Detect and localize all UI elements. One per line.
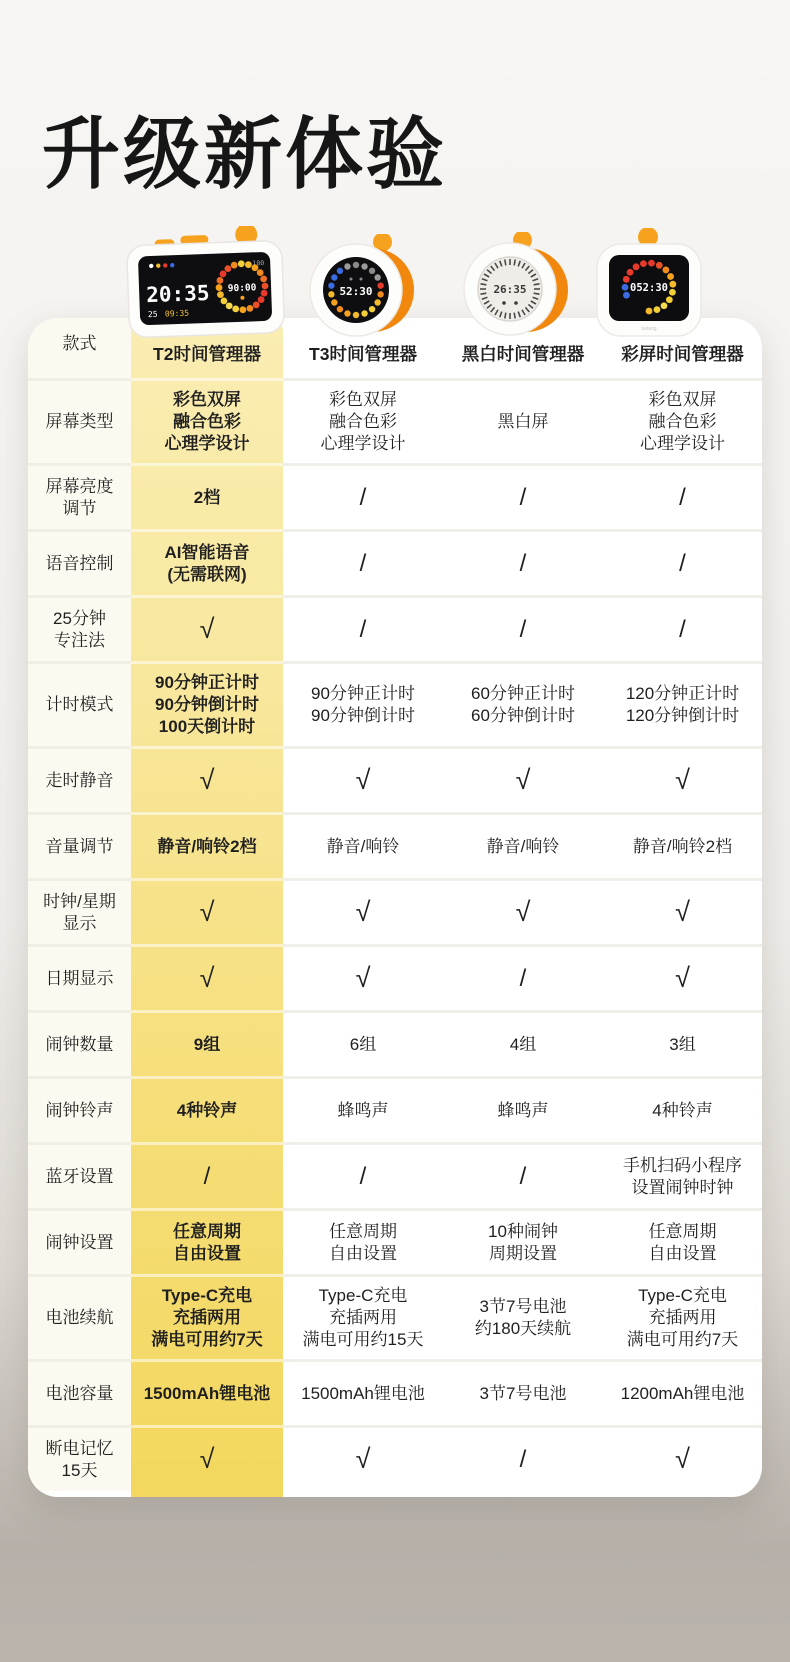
cell-bw: / [443,1142,603,1208]
cell-t3: 静音/响铃 [283,812,443,878]
cell-bw: 3节7号电池 [443,1359,603,1425]
cell-t3: Type-C充电 充插两用 满电可用约15天 [283,1274,443,1359]
cell-t3: / [283,529,443,595]
cell-t3: √ [283,746,443,812]
comparison-table: 款式 T2时间管理器 T3时间管理器 黑白时间管理器 彩屏时间管理器 屏幕类型 … [28,318,762,1497]
cell-t2: 1500mAh锂电池 [131,1359,283,1425]
cell-color: √ [603,944,762,1010]
cell-color: 4种铃声 [603,1076,762,1142]
cell-bw: / [443,944,603,1010]
cell-t2: √ [131,595,283,661]
cell-t3: 彩色双屏 融合色彩 心理学设计 [283,378,443,463]
t3-timer-text: 52:30 [339,285,372,298]
comparison-card: 款式 T2时间管理器 T3时间管理器 黑白时间管理器 彩屏时间管理器 屏幕类型 … [28,318,762,1497]
cell-t2: √ [131,746,283,812]
row-label: 闹钟设置 [28,1208,131,1274]
row-label: 时钟/星期 显示 [28,878,131,944]
bw-timer-text: 26:35 [493,283,526,296]
cell-t2: 静音/响铃2档 [131,812,283,878]
product-images: 100 20:35 25 09:35 90:00 52:30 [0,0,790,360]
cell-bw: 黑白屏 [443,378,603,463]
product-image-t2: 100 20:35 25 09:35 90:00 [122,226,292,338]
cell-color: Type-C充电 充插两用 满电可用约7天 [603,1274,762,1359]
cell-bw: √ [443,746,603,812]
row-label: 闹钟数量 [28,1010,131,1076]
cell-bw: 4组 [443,1010,603,1076]
cell-bw: 静音/响铃 [443,812,603,878]
t2-time-text: 20:35 [146,281,210,307]
cell-t3: / [283,463,443,529]
row-label: 走时静音 [28,746,131,812]
cell-t2: √ [131,878,283,944]
cell-t2: / [131,1142,283,1208]
row-label: 音量调节 [28,812,131,878]
cell-t3: 6组 [283,1010,443,1076]
cell-t2: 2档 [131,463,283,529]
cell-t2: 9组 [131,1010,283,1076]
cell-t3: √ [283,1425,443,1491]
cell-t2: 4种铃声 [131,1076,283,1142]
cell-t2: 任意周期 自由设置 [131,1208,283,1274]
cell-color: / [603,463,762,529]
color-timer-text: 052:30 [630,282,668,294]
row-label: 日期显示 [28,944,131,1010]
product-image-t3: 52:30 [306,234,421,338]
row-label: 断电记忆 15天 [28,1425,131,1491]
row-label: 语音控制 [28,529,131,595]
cell-bw: / [443,463,603,529]
cell-color: 3组 [603,1010,762,1076]
row-label: 闹钟铃声 [28,1076,131,1142]
cell-t3: 90分钟正计时 90分钟倒计时 [283,661,443,746]
cell-bw: √ [443,878,603,944]
cell-t3: 1500mAh锂电池 [283,1359,443,1425]
cell-t3: √ [283,878,443,944]
cell-bw: / [443,1425,603,1491]
cell-t3: 任意周期 自由设置 [283,1208,443,1274]
cell-t3: / [283,1142,443,1208]
cell-bw: 蜂鸣声 [443,1076,603,1142]
row-label: 计时模式 [28,661,131,746]
cell-t2: √ [131,1425,283,1491]
cell-color: 静音/响铃2档 [603,812,762,878]
cell-color: 1200mAh锂电池 [603,1359,762,1425]
product-image-color: 052:30 beiang [592,228,707,338]
row-label: 25分钟 专注法 [28,595,131,661]
cell-bw: 60分钟正计时 60分钟倒计时 [443,661,603,746]
cell-t2: AI智能语音 (无需联网) [131,529,283,595]
cell-t2: Type-C充电 充插两用 满电可用约7天 [131,1274,283,1359]
row-label: 电池续航 [28,1274,131,1359]
cell-bw: 3节7号电池 约180天续航 [443,1274,603,1359]
cell-color: / [603,595,762,661]
row-label: 屏幕亮度 调节 [28,463,131,529]
t2-alarm-text: 09:35 [165,309,190,319]
cell-color: 120分钟正计时 120分钟倒计时 [603,661,762,746]
t2-date-text: 25 [148,310,158,319]
cell-color: √ [603,1425,762,1491]
cell-t2: 90分钟正计时 90分钟倒计时 100天倒计时 [131,661,283,746]
cell-t3: / [283,595,443,661]
cell-color: 彩色双屏 融合色彩 心理学设计 [603,378,762,463]
cell-bw: / [443,595,603,661]
row-label: 屏幕类型 [28,378,131,463]
cell-color: 任意周期 自由设置 [603,1208,762,1274]
row-label: 电池容量 [28,1359,131,1425]
row-label: 蓝牙设置 [28,1142,131,1208]
cell-t2: √ [131,944,283,1010]
cell-color: / [603,529,762,595]
cell-t2: 彩色双屏 融合色彩 心理学设计 [131,378,283,463]
t2-timer-text: 90:00 [228,282,257,294]
cell-color: √ [603,746,762,812]
page: 升级新体验 100 20:35 25 09:35 90:00 [0,0,790,1662]
cell-bw: 10种闹钟 周期设置 [443,1208,603,1274]
cell-bw: / [443,529,603,595]
cell-color: 手机扫码小程序 设置闹钟时钟 [603,1142,762,1208]
cell-t3: 蜂鸣声 [283,1076,443,1142]
cell-color: √ [603,878,762,944]
product-image-bw: 26:35 [458,232,578,338]
brand-text: beiang [641,326,656,332]
cell-t3: √ [283,944,443,1010]
